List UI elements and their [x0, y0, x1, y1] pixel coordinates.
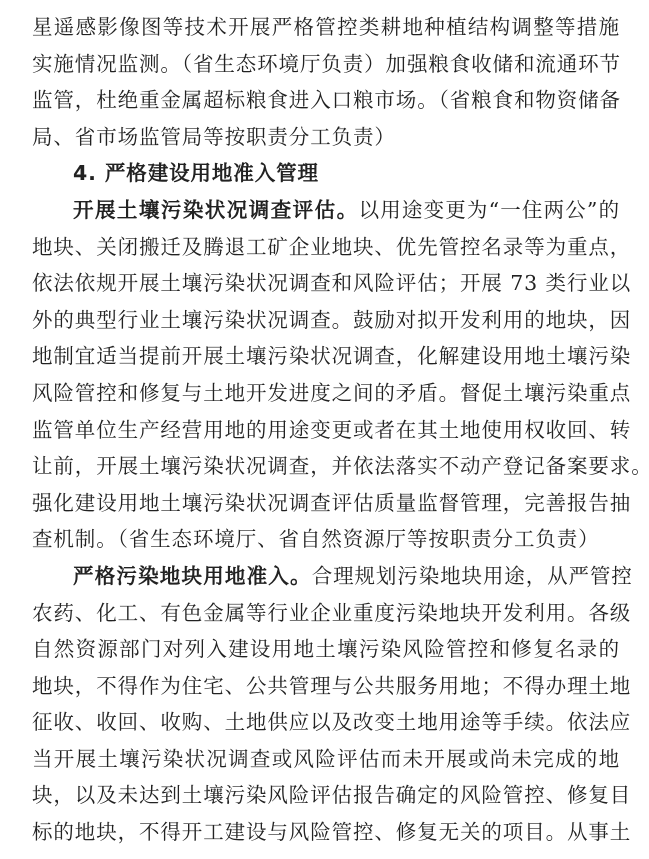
text-line: 当开展土壤污染状况调查或风险评估而未开展或尚未完成的地 [32, 741, 620, 778]
text-line: 强化建设用地土壤污染状况调查评估质量监督管理，完善报告抽 [32, 485, 620, 522]
document-page: 星遥感影像图等技术开展严格管控类耕地种植结构调整等措施 实施情况监测。（省生态环… [32, 9, 620, 851]
paragraph-text: 以用途变更为“一住两公”的 [359, 198, 620, 222]
text-line: 监管，杜绝重金属超标粮食进入口粮市场。（省粮食和物资储备 [32, 82, 620, 119]
text-line: 查机制。（省生态环境厅、省自然资源厅等按职责分工负责） [32, 521, 620, 558]
paragraph-lead-line: 严格污染地块用地准入。合理规划污染地块用途，从严管控 [32, 558, 620, 595]
text-line: 实施情况监测。（省生态环境厅负责）加强粮食收储和流通环节 [32, 46, 620, 83]
text-line: 块，以及未达到土壤污染风险评估报告确定的风险管控、修复目 [32, 777, 620, 814]
text-line: 风险管控和修复与土地开发进度之间的矛盾。督促土壤污染重点 [32, 375, 620, 412]
paragraph-text: 合理规划污染地块用途，从严管控 [312, 564, 633, 588]
section-heading: 4. 严格建设用地准入管理 [32, 155, 620, 192]
paragraph-bold-lead: 严格污染地块用地准入。 [73, 564, 312, 588]
text-line: 依法依规开展土壤污染状况调查和风险评估；开展 73 类行业以 [32, 265, 620, 302]
text-line: 监管单位生产经营用地的用途变更或者在其土地使用权收回、转 [32, 412, 620, 449]
paragraph-lead-line: 开展土壤污染状况调查评估。以用途变更为“一住两公”的 [32, 192, 620, 229]
text-line: 地块，不得作为住宅、公共管理与公共服务用地；不得办理土地 [32, 668, 620, 705]
text-line: 星遥感影像图等技术开展严格管控类耕地种植结构调整等措施 [32, 9, 620, 46]
text-line: 地块、关闭搬迁及腾退工矿企业地块、优先管控名录等为重点， [32, 229, 620, 266]
paragraph-bold-lead: 开展土壤污染状况调查评估。 [73, 198, 359, 222]
text-line: 地制宜适当提前开展土壤污染状况调查，化解建设用地土壤污染 [32, 338, 620, 375]
text-line: 外的典型行业土壤污染状况调查。鼓励对拟开发利用的地块，因 [32, 302, 620, 339]
text-line: 自然资源部门对列入建设用地土壤污染风险管控和修复名录的 [32, 631, 620, 668]
text-line: 征收、收回、收购、土地供应以及改变土地用途等手续。依法应 [32, 704, 620, 741]
text-line: 让前，开展土壤污染状况调查，并依法落实不动产登记备案要求。 [32, 448, 620, 485]
text-line: 局、省市场监管局等按职责分工负责） [32, 119, 620, 156]
text-line: 标的地块，不得开工建设与风险管控、修复无关的项目。从事土 [32, 814, 620, 851]
text-line: 农药、化工、有色金属等行业企业重度污染地块开发利用。各级 [32, 595, 620, 632]
